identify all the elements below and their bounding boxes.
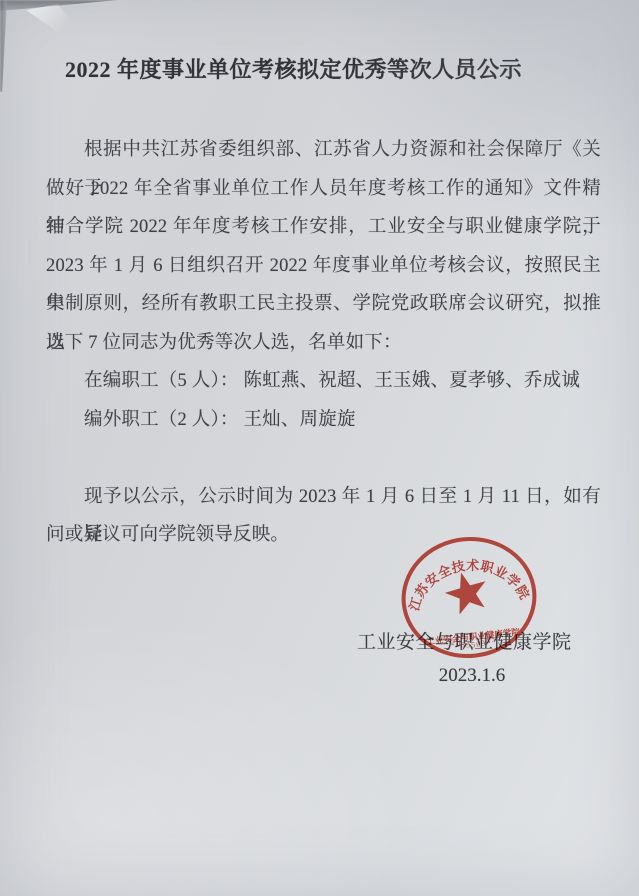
body-line: 2023 年 1 月 6 日组织召开 2022 年度事业单位考核会议，按照民主集 <box>46 247 601 286</box>
body-line: 根据中共江苏省委组织部、江苏省人力资源和社会保障厅《关于 <box>46 131 601 170</box>
honoree-list-line: 在编职工（5 人）： 陈虹燕、祝超、王玉娥、夏孝够、乔成诚 <box>46 362 601 401</box>
signature-date: 2023.1.6 <box>402 665 542 687</box>
body-line: 中制原则，经所有教职工民主投票、学院党政联席会议研究，拟推选 <box>46 285 601 324</box>
body-line: 做好 2022 年全省事业单位工作人员年度考核工作的通知》文件精神， <box>46 170 601 209</box>
body-line: 结合学院 2022 年年度考核工作安排，工业安全与职业健康学院于 <box>46 208 601 247</box>
honoree-list-line: 编外职工（2 人）： 王灿、周旋旋 <box>46 401 601 440</box>
document-body: 根据中共江苏省委组织部、江苏省人力资源和社会保障厅《关于 做好 2022 年全省… <box>46 131 601 555</box>
document-title: 2022 年度事业单位考核拟定优秀等次人员公示 <box>0 53 587 84</box>
body-line: 以下 7 位同志为优秀等次人选，名单如下： <box>46 324 601 363</box>
official-seal-stamp: 江苏安全技术职业学院 工业安全与职业健康学院 203550943 <box>393 528 545 667</box>
scanned-notice-page: 2022 年度事业单位考核拟定优秀等次人员公示 根据中共江苏省委组织部、江苏省人… <box>0 0 639 896</box>
paper-crease <box>26 4 84 38</box>
body-line: 现予以公示，公示时间为 2023 年 1 月 6 日至 1 月 11 日，如有疑 <box>46 478 601 517</box>
